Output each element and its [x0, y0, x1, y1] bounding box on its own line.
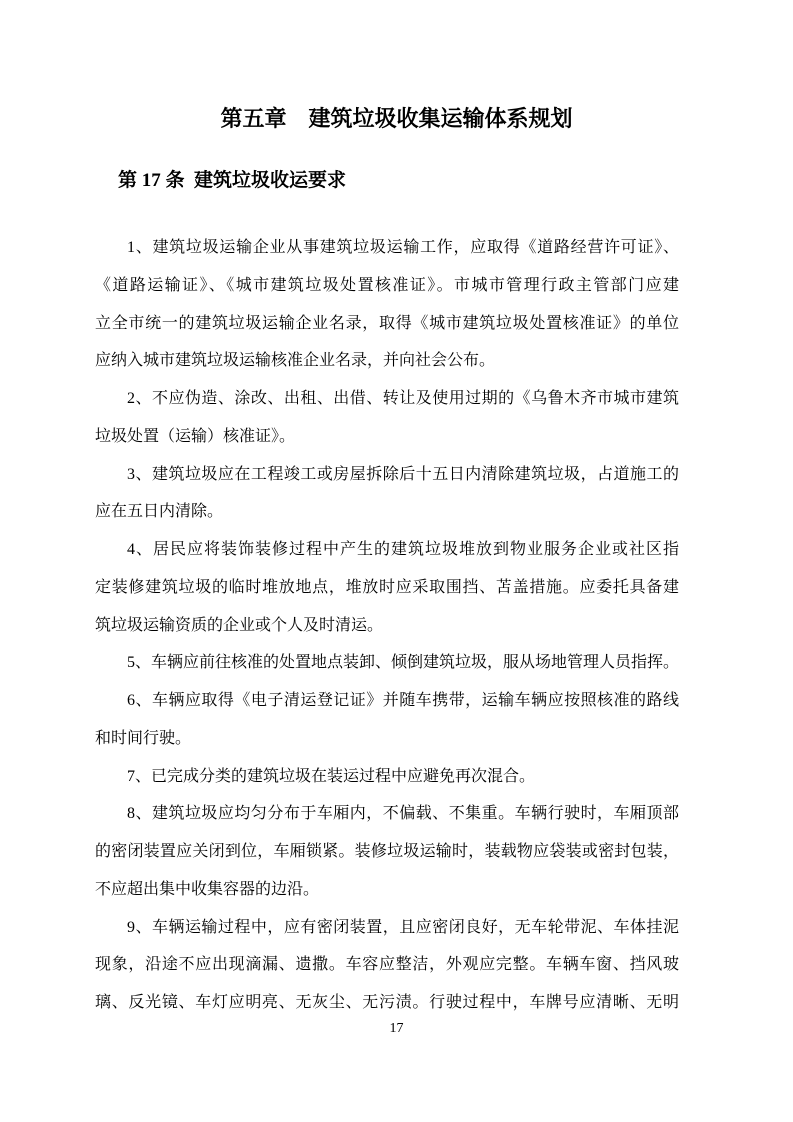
- text-line: 8、建筑垃圾应均匀分布于车厢内，不偏载、不集重。车辆行驶时，车厢顶部: [95, 795, 679, 833]
- text-line: 立全市统一的建筑垃圾运输企业名录，取得《城市建筑垃圾处置核准证》的单位: [95, 305, 679, 343]
- paragraph-8: 8、建筑垃圾应均匀分布于车厢内，不偏载、不集重。车辆行驶时，车厢顶部 的密闭装置…: [95, 795, 679, 908]
- text-line: 9、车辆运输过程中，应有密闭装置，且应密闭良好，无车轮带泥、车体挂泥: [95, 909, 679, 947]
- text-line: 和时间行驶。: [95, 720, 679, 758]
- text-line: 不应超出集中收集容器的边沿。: [95, 871, 679, 909]
- paragraph-7: 7、已完成分类的建筑垃圾在装运过程中应避免再次混合。: [95, 758, 679, 796]
- document-page: 第五章 建筑垃圾收集运输体系规划 第 17 条 建筑垃圾收运要求 1、建筑垃圾运…: [0, 0, 793, 1122]
- text-line: 应纳入城市建筑垃圾运输核准企业名录，并向社会公布。: [95, 342, 679, 380]
- text-line: 6、车辆应取得《电子清运登记证》并随车携带，运输车辆应按照核准的路线: [95, 682, 679, 720]
- text-line: 应在五日内清除。: [95, 493, 679, 531]
- document-body: 1、建筑垃圾运输企业从事建筑垃圾运输工作，应取得《道路经营许可证》、 《道路运输…: [95, 229, 679, 1022]
- text-line: 1、建筑垃圾运输企业从事建筑垃圾运输工作，应取得《道路经营许可证》、: [95, 229, 679, 267]
- text-line: 2、不应伪造、涂改、出租、出借、转让及使用过期的《乌鲁木齐市城市建筑: [95, 380, 679, 418]
- text-line: 筑垃圾运输资质的企业或个人及时清运。: [95, 607, 679, 645]
- text-line: 《道路运输证》、《城市建筑垃圾处置核准证》。市城市管理行政主管部门应建: [95, 267, 679, 305]
- text-line: 5、车辆应前往核准的处置地点装卸、倾倒建筑垃圾，服从场地管理人员指挥。: [95, 644, 679, 682]
- text-line: 7、已完成分类的建筑垃圾在装运过程中应避免再次混合。: [95, 758, 679, 796]
- paragraph-5: 5、车辆应前往核准的处置地点装卸、倾倒建筑垃圾，服从场地管理人员指挥。: [95, 644, 679, 682]
- article-heading: 第 17 条 建筑垃圾收运要求: [118, 165, 346, 197]
- text-line: 现象，沿途不应出现滴漏、遗撒。车容应整洁，外观应完整。车辆车窗、挡风玻: [95, 946, 679, 984]
- paragraph-9: 9、车辆运输过程中，应有密闭装置，且应密闭良好，无车轮带泥、车体挂泥 现象，沿途…: [95, 909, 679, 1022]
- page-number: 17: [0, 1018, 793, 1040]
- paragraph-3: 3、建筑垃圾应在工程竣工或房屋拆除后十五日内清除建筑垃圾，占道施工的 应在五日内…: [95, 456, 679, 532]
- paragraph-1: 1、建筑垃圾运输企业从事建筑垃圾运输工作，应取得《道路经营许可证》、 《道路运输…: [95, 229, 679, 380]
- text-line: 璃、反光镜、车灯应明亮、无灰尘、无污渍。行驶过程中，车牌号应清晰、无明: [95, 984, 679, 1022]
- paragraph-6: 6、车辆应取得《电子清运登记证》并随车携带，运输车辆应按照核准的路线 和时间行驶…: [95, 682, 679, 758]
- paragraph-4: 4、居民应将装饰装修过程中产生的建筑垃圾堆放到物业服务企业或社区指 定装修建筑垃…: [95, 531, 679, 644]
- text-line: 垃圾处置（运输）核准证》。: [95, 418, 679, 456]
- text-line: 定装修建筑垃圾的临时堆放地点，堆放时应采取围挡、苫盖措施。应委托具备建: [95, 569, 679, 607]
- text-line: 的密闭装置应关闭到位，车厢锁紧。装修垃圾运输时，装载物应袋装或密封包装，: [95, 833, 679, 871]
- chapter-title: 第五章 建筑垃圾收集运输体系规划: [0, 101, 793, 137]
- text-line: 3、建筑垃圾应在工程竣工或房屋拆除后十五日内清除建筑垃圾，占道施工的: [95, 456, 679, 494]
- paragraph-2: 2、不应伪造、涂改、出租、出借、转让及使用过期的《乌鲁木齐市城市建筑 垃圾处置（…: [95, 380, 679, 456]
- text-line: 4、居民应将装饰装修过程中产生的建筑垃圾堆放到物业服务企业或社区指: [95, 531, 679, 569]
